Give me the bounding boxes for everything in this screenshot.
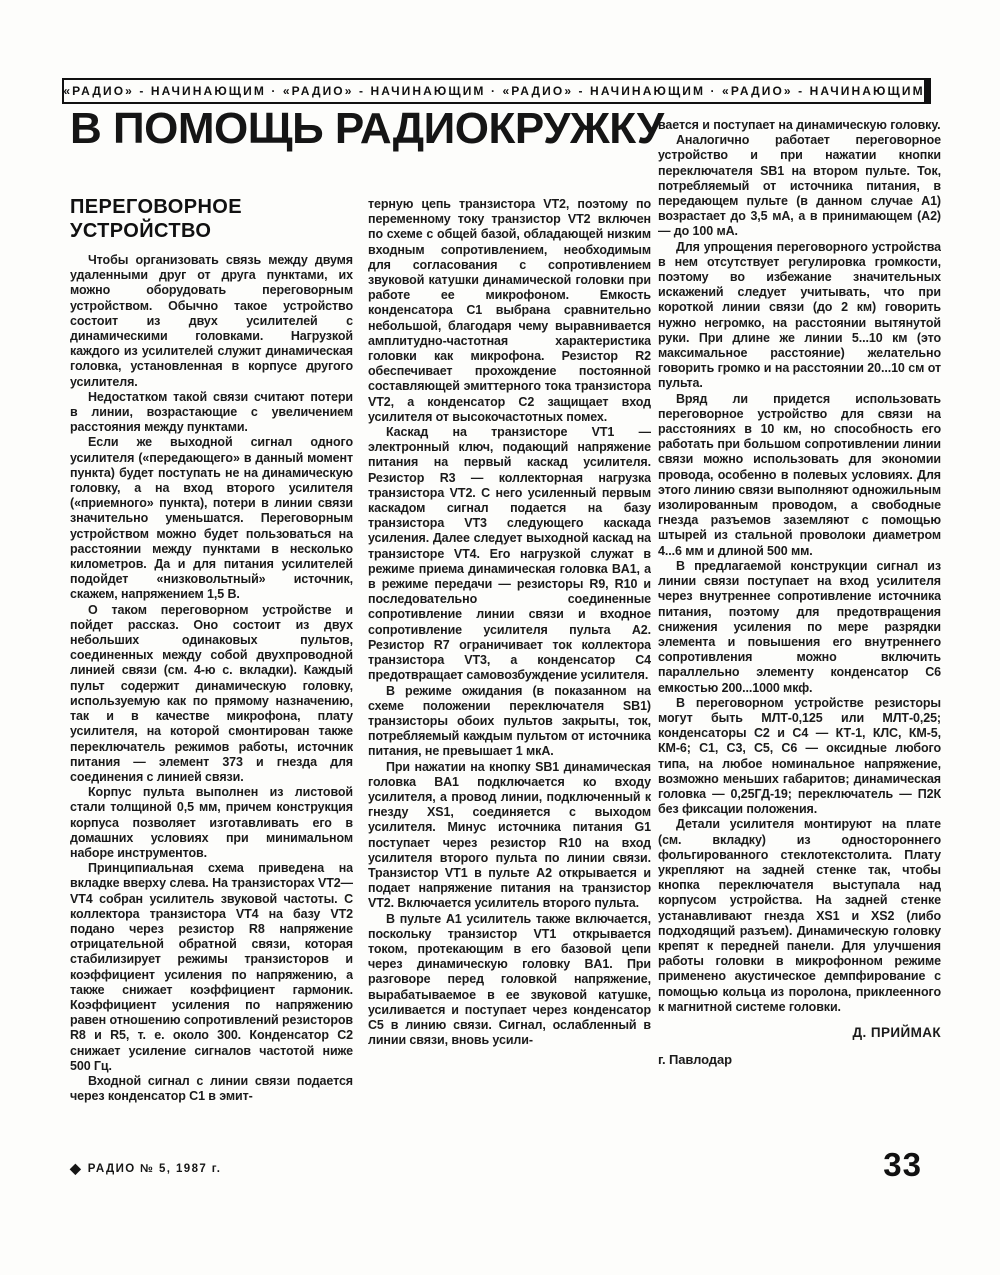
column-3: вается и поступает на динамическую голов…	[658, 118, 941, 1163]
paragraph: Чтобы организовать связь между двумя уда…	[70, 253, 353, 390]
author-name: Д. ПРИЙМАК	[658, 1025, 941, 1040]
paragraph: В пульте А1 усилитель также включается, …	[368, 912, 651, 1049]
paragraph: Аналогично работает переговорное устройс…	[658, 133, 941, 239]
author-city: г. Павлодар	[658, 1052, 941, 1067]
column-3-text: вается и поступает на динамическую голов…	[658, 118, 941, 1015]
paragraph: Вряд ли придется использовать переговорн…	[658, 392, 941, 559]
section-band-text: «РАДИО» - НАЧИНАЮЩИМ · «РАДИО» - НАЧИНАЮ…	[63, 84, 924, 98]
page-title: В ПОМОЩЬ РАДИОКРУЖКУ	[70, 104, 655, 154]
column-2: терную цепь транзистора VT2, поэтому по …	[368, 197, 651, 1155]
paragraph: В переговорном устройстве резисторы могу…	[658, 696, 941, 818]
article-heading: ПЕРЕГОВОРНОЕ УСТРОЙСТВО	[70, 195, 290, 243]
magazine-page: «РАДИО» - НАЧИНАЮЩИМ · «РАДИО» - НАЧИНАЮ…	[0, 0, 1000, 1275]
paragraph: О таком переговорном устройстве и пойдет…	[70, 603, 353, 785]
paragraph: Если же выходной сигнал одного усилителя…	[70, 435, 353, 602]
paragraph: терную цепь транзистора VT2, поэтому по …	[368, 197, 651, 425]
section-band: «РАДИО» - НАЧИНАЮЩИМ · «РАДИО» - НАЧИНАЮ…	[62, 78, 931, 104]
column-2-text: терную цепь транзистора VT2, поэтому по …	[368, 197, 651, 1048]
paragraph: Входной сигнал с линии связи подается че…	[70, 1074, 353, 1104]
paragraph: Принципиальная схема приведена на вкладк…	[70, 861, 353, 1074]
paragraph: В предлагаемой конструкции сигнал из лин…	[658, 559, 941, 696]
journal-footer: ◆ РАДИО № 5, 1987 г.	[70, 1160, 221, 1177]
column-1-text: Чтобы организовать связь между двумя уда…	[70, 253, 353, 1104]
paragraph: Для упрощения переговорного устройства в…	[658, 240, 941, 392]
paragraph: Корпус пульта выполнен из листовой стали…	[70, 785, 353, 861]
journal-issue-label: РАДИО № 5, 1987 г.	[88, 1163, 222, 1175]
diamond-icon: ◆	[70, 1160, 81, 1177]
page-number: 33	[883, 1146, 922, 1184]
paragraph: Детали усилителя монтируют на плате (см.…	[658, 817, 941, 1015]
paragraph: Каскад на транзисторе VT1 — электронный …	[368, 425, 651, 683]
column-1: ПЕРЕГОВОРНОЕ УСТРОЙСТВО Чтобы организова…	[70, 195, 353, 1155]
paragraph: вается и поступает на динамическую голов…	[658, 118, 941, 133]
paragraph: Недостатком такой связи считают потери в…	[70, 390, 353, 436]
paragraph: В режиме ожидания (в показанном на схеме…	[368, 684, 651, 760]
paragraph: При нажатии на кнопку SB1 динамическая г…	[368, 760, 651, 912]
